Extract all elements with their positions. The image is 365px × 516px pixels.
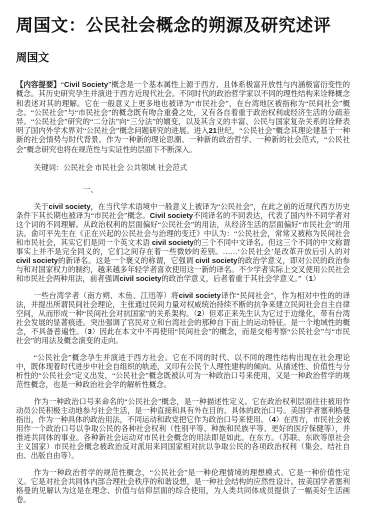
paragraph-3: “公民社会”概念孕生并演进于西方社会。它在不同的时代、以不同的理性结构出现在社会… (16, 353, 350, 389)
emphasized-text: 21 (209, 126, 217, 135)
emphasized-text: civil society (195, 256, 237, 265)
emphasized-text: civil society (119, 274, 161, 283)
emphasized-text: Civil society (150, 211, 193, 220)
emphasized-text: civil society (49, 202, 91, 211)
paragraph-4: 作为一种政治口号来命名的“公民社会”概念，是一种描述性定义。它在政治权利层面往往… (16, 397, 350, 460)
section-heading: 一、 (16, 185, 350, 194)
document-page: 周国文：公民社会概念的朔源及研究述评 周国文 【内容提要】“Civil Soci… (0, 0, 365, 516)
text-run: ） (313, 274, 320, 283)
emphasized-text: 【内容提要】 (16, 80, 61, 89)
text-run: 的政治学意义，后者着重于其社会学意义。”（ (161, 274, 308, 283)
paragraph-5: 作为一种政治哲学的规范性概念，“公民社会”是一种伦理情境的理想模式。它是一种价值… (16, 468, 350, 504)
emphasized-text: civil society (179, 291, 221, 300)
text-run: 一些台湾学者（南方朔、木鱼、江迅等）将 (34, 291, 179, 300)
emphasized-text: civil society (16, 256, 58, 265)
text-run: “公民社会”概念孕生并演进于西方社会。它在不同的时代、以不同的理性结构出现在社会… (16, 353, 350, 389)
emphasized-text: civil society (152, 238, 194, 247)
author-name: 周国文 (16, 49, 350, 65)
text-run: 作为一种政治哲学的规范性概念，“公民社会”是一种伦理情境的理想模式。它是一种价值… (16, 468, 350, 504)
emphasized-text: Civil Society (64, 80, 108, 89)
text-run: 关于 (34, 202, 49, 211)
abstract: 【内容提要】“Civil Society”概念是一个基本属性上源于西方、且体系极… (16, 80, 350, 154)
text-run: 的新译名。这是一个褒义的称谓，它强调 (58, 256, 195, 265)
page-title: 周国文：公民社会概念的朔源及研究述评 (16, 15, 350, 37)
paragraph-2: 一些台湾学者（南方朔、木鱼、江迅等）将civil society译作“民间社会”… (16, 291, 350, 345)
keywords-line: 关键词：公民社会 市民社会 公共领域 社会范式 (16, 163, 350, 172)
paragraph-1: 关于civil society，在当代学术语境中一般意义上被译为“公民社会”，在… (16, 202, 350, 283)
